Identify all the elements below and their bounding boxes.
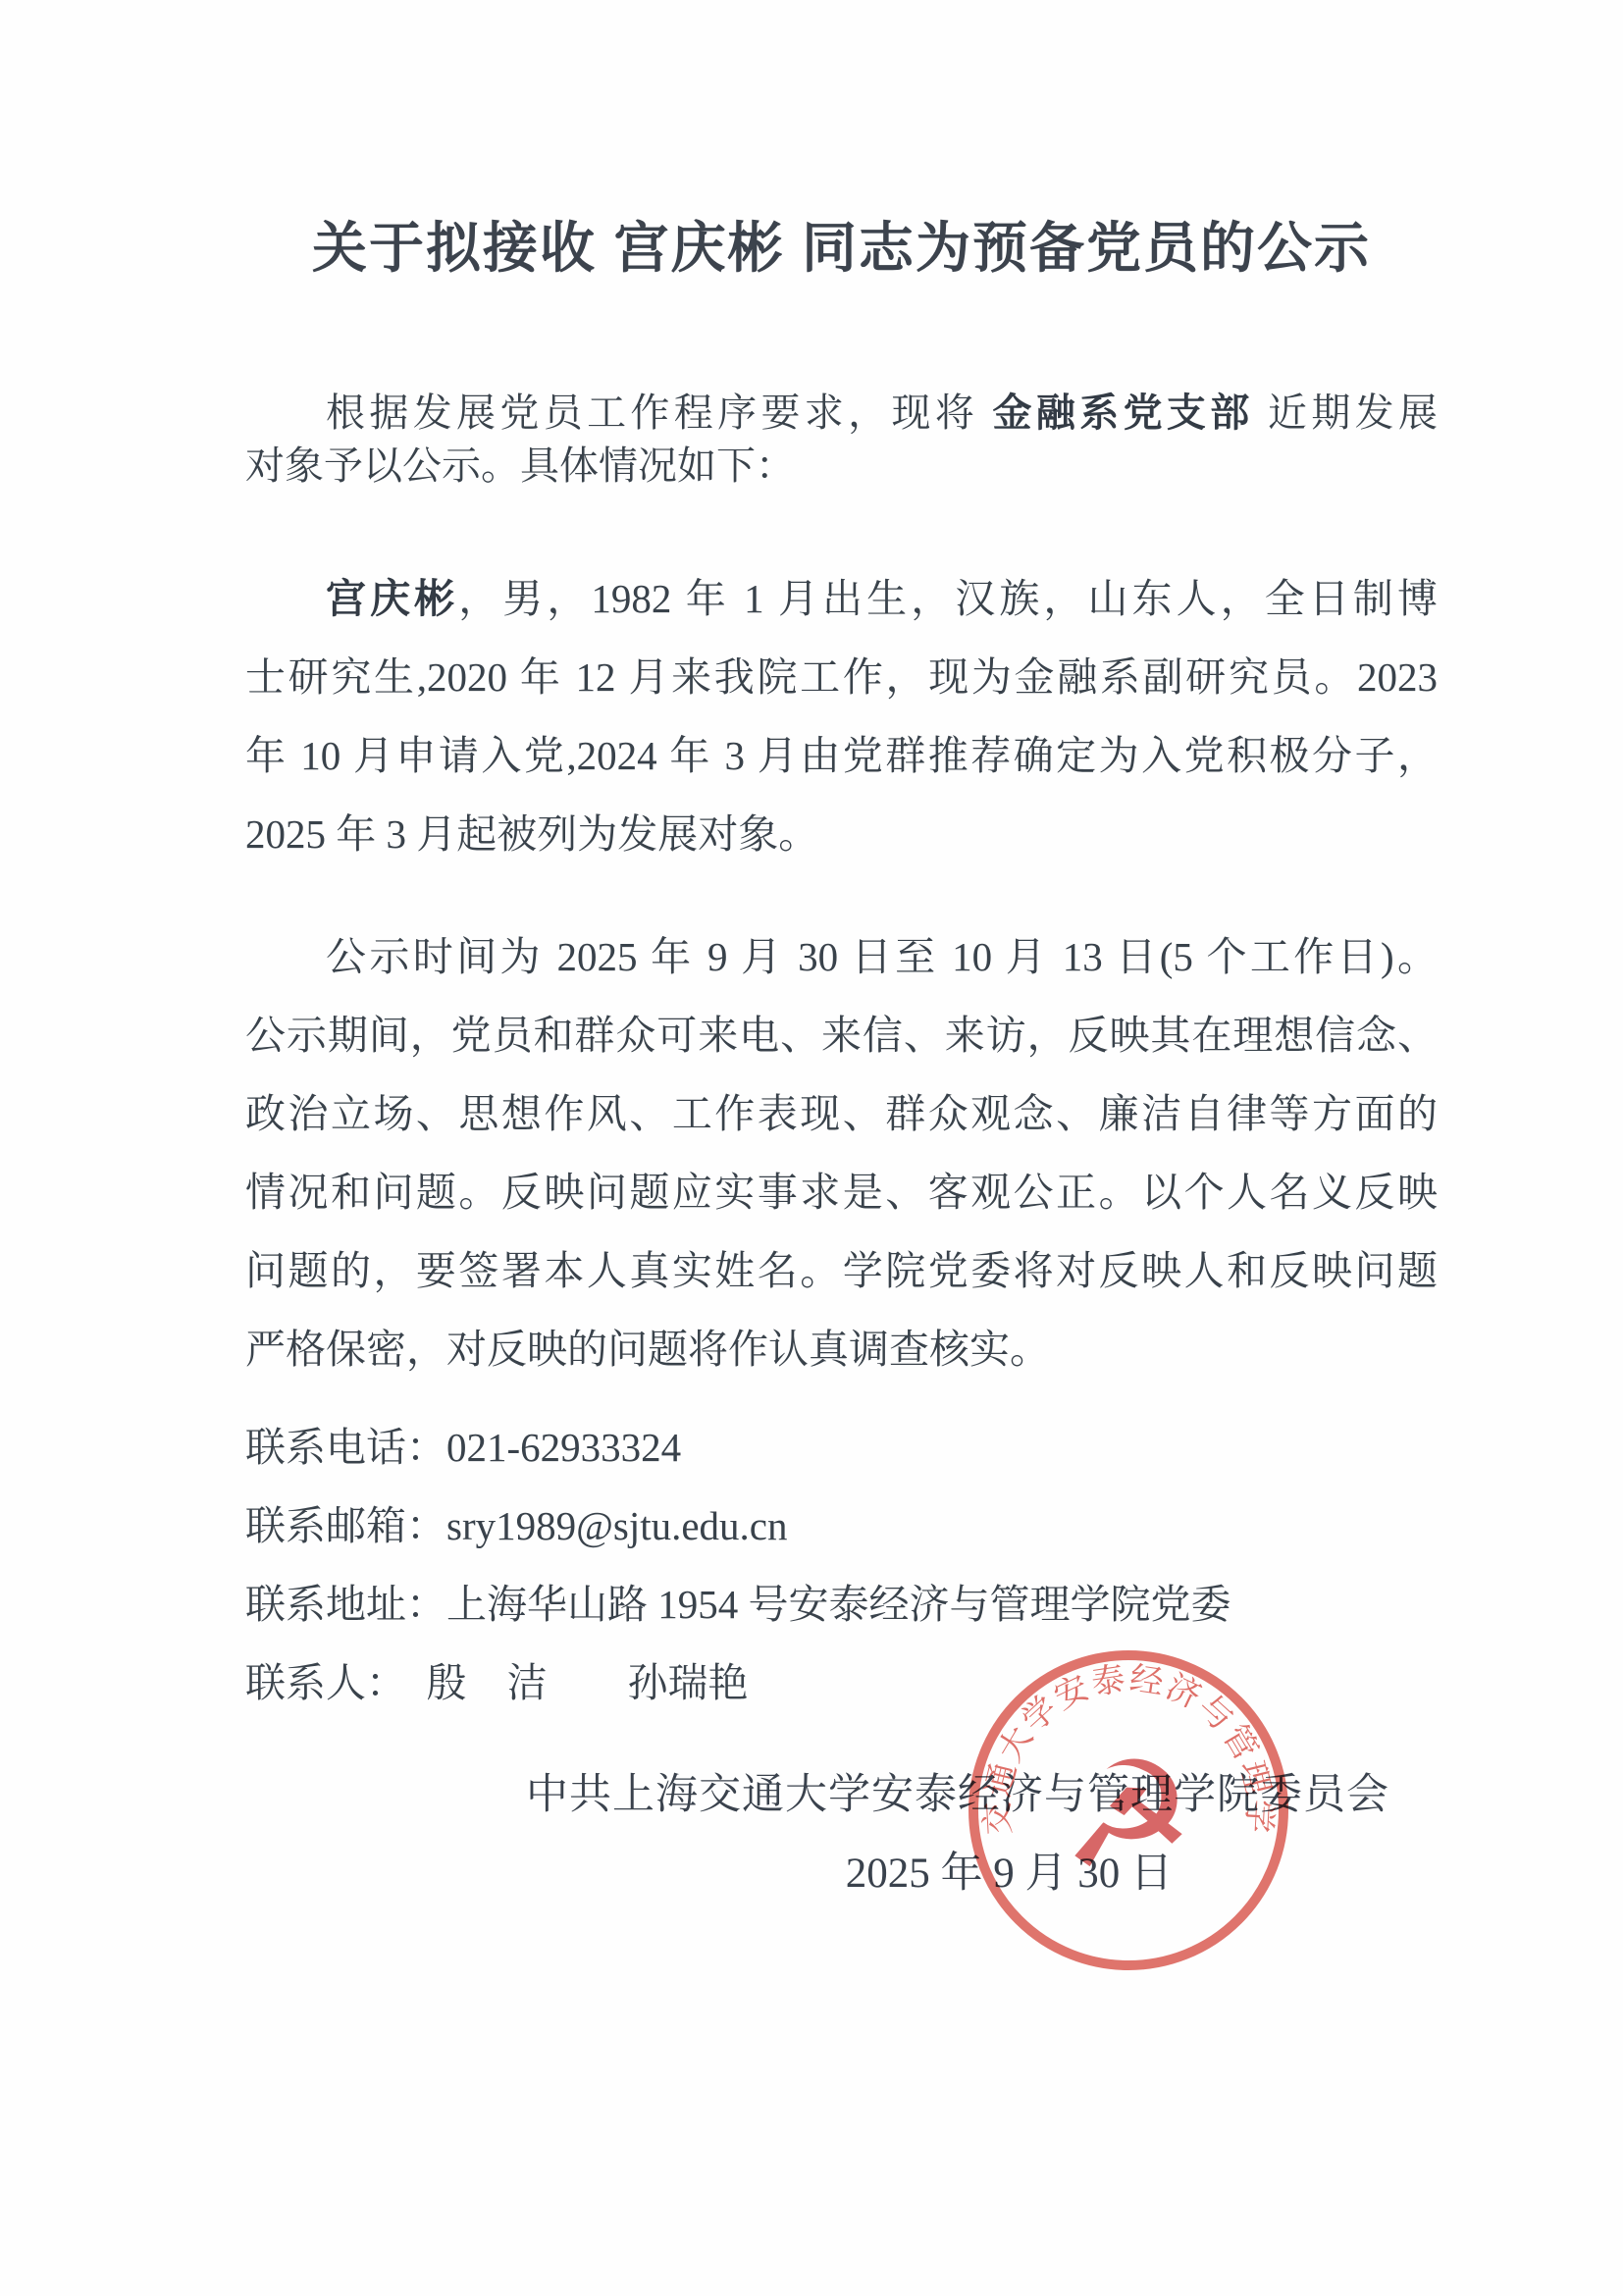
body-text: 士研究生,2020 年 12 月来我院工作，现为金融系副研究员。2023 bbox=[245, 654, 1438, 700]
para2-line2: 士研究生,2020 年 12 月来我院工作，现为金融系副研究员。2023 bbox=[245, 638, 1438, 716]
body-text: 近期发展 bbox=[1254, 391, 1438, 435]
body-text: 严格保密，对反映的问题将作认真调查核实。 bbox=[245, 1327, 1050, 1372]
body-text: 联系邮箱：sry1989@sjtu.edu.cn bbox=[245, 1503, 788, 1548]
para3-line5: 问题的，要签署本人真实姓名。学院党委将对反映人和反映问题 bbox=[245, 1231, 1438, 1310]
contact-phone: 联系电话：021-62933324 bbox=[245, 1408, 1438, 1487]
page-title: 关于拟接收 宫庆彬 同志为预备党员的公示 bbox=[245, 207, 1438, 289]
body-text: 年 10 月申请入党,2024 年 3 月由党群推荐确定为入党积极分子， bbox=[245, 733, 1438, 778]
body-text: 2025 年 3 月起被列为发展对象。 bbox=[245, 811, 818, 857]
body-text: 联系地址：上海华山路 1954 号安泰经济与管理学院党委 bbox=[245, 1582, 1231, 1627]
para3-line3: 政治立场、思想作风、工作表现、群众观念、廉洁自律等方面的 bbox=[245, 1074, 1438, 1153]
body-text: 问题的，要签署本人真实姓名。学院党委将对反映人和反映问题 bbox=[245, 1248, 1438, 1293]
body-text: 联系人： 殷 洁 孙瑞艳 bbox=[245, 1660, 749, 1705]
emphasized-text: 金融系党支部 bbox=[993, 391, 1254, 435]
para3-line1: 公示时间为 2025 年 9 月 30 日至 10 月 13 日(5 个工作日)… bbox=[245, 917, 1438, 996]
body-text: ，男，1982 年 1 月出生，汉族，山东人，全日制博 bbox=[458, 576, 1438, 621]
para2-line3: 年 10 月申请入党,2024 年 3 月由党群推荐确定为入党积极分子， bbox=[245, 716, 1438, 795]
para2-line4: 2025 年 3 月起被列为发展对象。 bbox=[245, 795, 1438, 873]
para1-line1: 根据发展党员工作程序要求，现将 金融系党支部 近期发展 bbox=[245, 387, 1438, 440]
body-text: 根据发展党员工作程序要求，现将 bbox=[326, 391, 993, 435]
para2-line1: 宫庆彬，男，1982 年 1 月出生，汉族，山东人，全日制博 bbox=[245, 559, 1438, 638]
body-text: 公示时间为 2025 年 9 月 30 日至 10 月 13 日(5 个工作日)… bbox=[326, 934, 1438, 979]
contact-email: 联系邮箱：sry1989@sjtu.edu.cn bbox=[245, 1487, 1438, 1565]
para3-line4: 情况和问题。反映问题应实事求是、客观公正。以个人名义反映 bbox=[245, 1153, 1438, 1231]
announcement-page: 关于拟接收 宫庆彬 同志为预备党员的公示 根据发展党员工作程序要求，现将 金融系… bbox=[0, 0, 1623, 2296]
signature-organization: 中共上海交通大学安泰经济与管理学院委员会 bbox=[245, 1756, 1438, 1835]
document-body: 根据发展党员工作程序要求，现将 金融系党支部 近期发展对象予以公示。具体情况如下… bbox=[245, 387, 1438, 1722]
contact-address: 联系地址：上海华山路 1954 号安泰经济与管理学院党委 bbox=[245, 1565, 1438, 1644]
body-text: 公示期间，党员和群众可来电、来信、来访，反映其在理想信念、 bbox=[245, 1013, 1438, 1058]
para3-line6: 严格保密，对反映的问题将作认真调查核实。 bbox=[245, 1310, 1438, 1388]
body-text: 联系电话：021-62933324 bbox=[245, 1425, 681, 1470]
para1-line2: 对象予以公示。具体情况如下： bbox=[245, 440, 1438, 493]
signature-date: 2025 年 9 月 30 日 bbox=[245, 1835, 1438, 1913]
body-text: 情况和问题。反映问题应实事求是、客观公正。以个人名义反映 bbox=[245, 1170, 1438, 1215]
body-text: 对象予以公示。具体情况如下： bbox=[245, 444, 795, 488]
body-text: 政治立场、思想作风、工作表现、群众观念、廉洁自律等方面的 bbox=[245, 1091, 1438, 1136]
emphasized-text: 宫庆彬 bbox=[326, 576, 458, 621]
contact-person: 联系人： 殷 洁 孙瑞艳 bbox=[245, 1644, 1438, 1722]
para3-line2: 公示期间，党员和群众可来电、来信、来访，反映其在理想信念、 bbox=[245, 996, 1438, 1074]
